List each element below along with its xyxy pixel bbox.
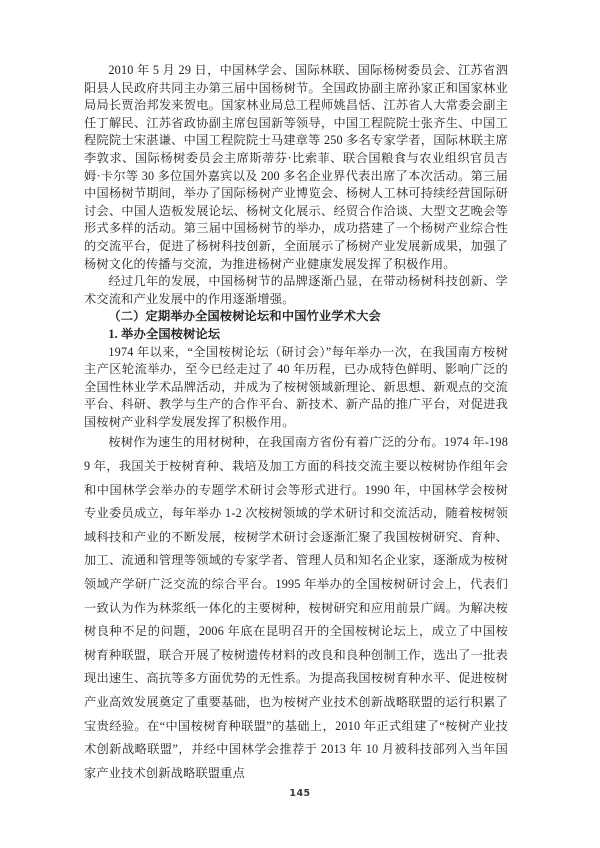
page-number: 145 (289, 788, 310, 799)
section-heading-eucalyptus-forum-bamboo-congress: （二）定期举办全国桉树论坛和中国竹业学术大会 (84, 308, 508, 326)
paragraph-eucalyptus-forum-history: 1974 年以来，“全国桉树论坛（研讨会）”每年举办一次，在我国南方桉树主产区轮… (84, 344, 508, 432)
paragraph-eucalyptus-development-alliance: 桉树作为速生的用材树种，在我国南方省份有着广泛的分布。1974 年-1989 年… (84, 431, 508, 785)
page-footer: 145 (0, 783, 600, 801)
document-page: 2010 年 5 月 29 日，中国林学会、国际林联、国际杨树委员会、江苏省泗阳… (0, 0, 600, 848)
subsection-heading-national-eucalyptus-forum: 1. 举办全国桉树论坛 (84, 326, 508, 344)
text-block: 2010 年 5 月 29 日，中国林学会、国际林联、国际杨树委员会、江苏省泗阳… (84, 62, 508, 785)
paragraph-poplar-festival-brand: 经过几年的发展，中国杨树节的品牌逐渐凸显，在带动杨树科技创新、学术交流和产业发展… (84, 273, 508, 308)
paragraph-poplar-festival-2010: 2010 年 5 月 29 日，中国林学会、国际林联、国际杨树委员会、江苏省泗阳… (84, 62, 508, 273)
